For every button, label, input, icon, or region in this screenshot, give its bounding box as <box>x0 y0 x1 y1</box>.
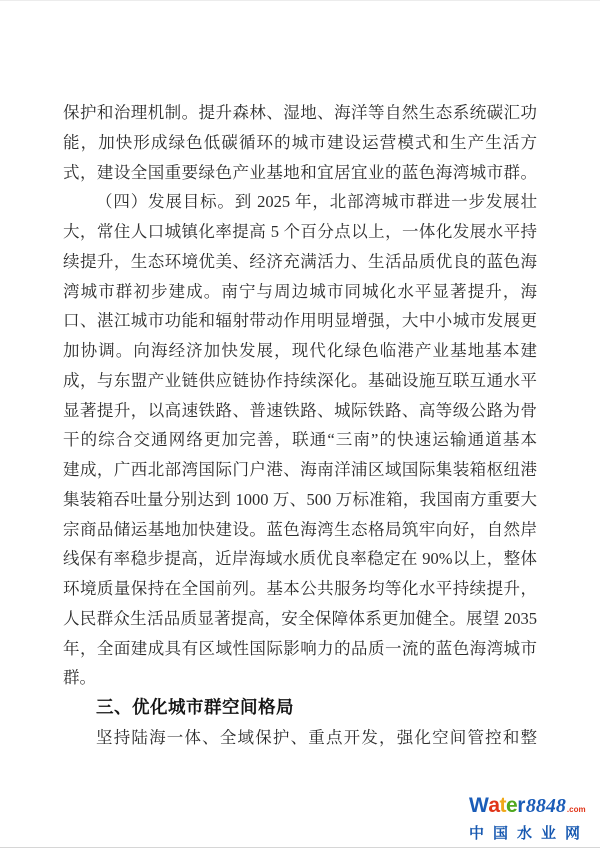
water8848-logo: W a t e r 8848 .com 中国水业网 <box>469 796 593 843</box>
paragraph-line: 环境质量保持在全国前列。基本公共服务均等化水平持续提升， <box>63 574 537 604</box>
logo-number: 8848 <box>526 796 566 816</box>
paragraph-line: 显著提升，以高速铁路、普速铁路、城际铁路、高等级公路为骨 <box>63 396 537 426</box>
paragraph-line: 宗商品储运基地加快建设。蓝色海湾生态格局筑牢向好，自然岸 <box>63 515 537 545</box>
paragraph-line: 式，建设全国重要绿色产业基地和宜居宜业的蓝色海湾城市群。 <box>63 158 537 188</box>
paragraph-line: 能，加快形成绿色低碳循环的城市建设运营模式和生产生活方 <box>63 128 537 158</box>
paragraph-line: 坚持陆海一体、全域保护、重点开发，强化空间管控和整 <box>63 723 537 753</box>
paragraph-line: 建成，广西北部湾国际门户港、海南洋浦区域国际集装箱枢纽港 <box>63 455 537 485</box>
document-body: 保护和治理机制。提升森林、湿地、海洋等自然生态系统碳汇功 能，加快形成绿色低碳循… <box>63 98 537 753</box>
logo-letter-w: W <box>469 796 488 816</box>
logo-letter-e: e <box>506 796 517 816</box>
logo-subtitle: 中国水业网 <box>469 822 593 843</box>
paragraph-line: 大，常住人口城镇化率提高 5 个百分点以上，一体化发展水平持 <box>63 217 537 247</box>
paragraph-line: 集装箱吞吐量分别达到 1000 万、500 万标准箱，我国南方重要大 <box>63 485 537 515</box>
paragraph-line: 成，与东盟产业链供应链协作持续深化。基础设施互联互通水平 <box>63 366 537 396</box>
paragraph-line: 线保有率稳步提高，近岸海域水质优良率稳定在 90%以上，整体 <box>63 544 537 574</box>
logo-tld: .com <box>567 800 586 820</box>
paragraph-line: 湾城市群初步建成。南宁与周边城市同城化水平显著提升，海 <box>63 277 537 307</box>
paragraph-line: 续提升，生态环境优美、经济充满活力、生活品质优良的蓝色海 <box>63 247 537 277</box>
logo-letter-a: a <box>488 796 499 816</box>
logo-brand-row: W a t e r 8848 .com <box>469 796 593 820</box>
section-heading: 三、优化城市群空间格局 <box>63 693 537 723</box>
document-page: 保护和治理机制。提升森林、湿地、海洋等自然生态系统碳汇功 能，加快形成绿色低碳循… <box>0 0 600 848</box>
paragraph-line: （四）发展目标。到 2025 年，北部湾城市群进一步发展壮 <box>63 187 537 217</box>
paragraph-line: 干的综合交通网络更加完善，联通“三南”的快速运输通道基本 <box>63 425 537 455</box>
paragraph-line: 年，全面建成具有区域性国际影响力的品质一流的蓝色海湾城市 <box>63 634 537 664</box>
paragraph-line: 群。 <box>63 663 537 693</box>
logo-letter-r: r <box>517 796 525 816</box>
paragraph-line: 人民群众生活品质显著提高，安全保障体系更加健全。展望 2035 <box>63 604 537 634</box>
paragraph-line: 保护和治理机制。提升森林、湿地、海洋等自然生态系统碳汇功 <box>63 98 537 128</box>
paragraph-line: 口、湛江城市功能和辐射带动作用明显增强，大中小城市发展更 <box>63 306 537 336</box>
paragraph-line: 加协调。向海经济加快发展，现代化绿色临港产业基地基本建 <box>63 336 537 366</box>
